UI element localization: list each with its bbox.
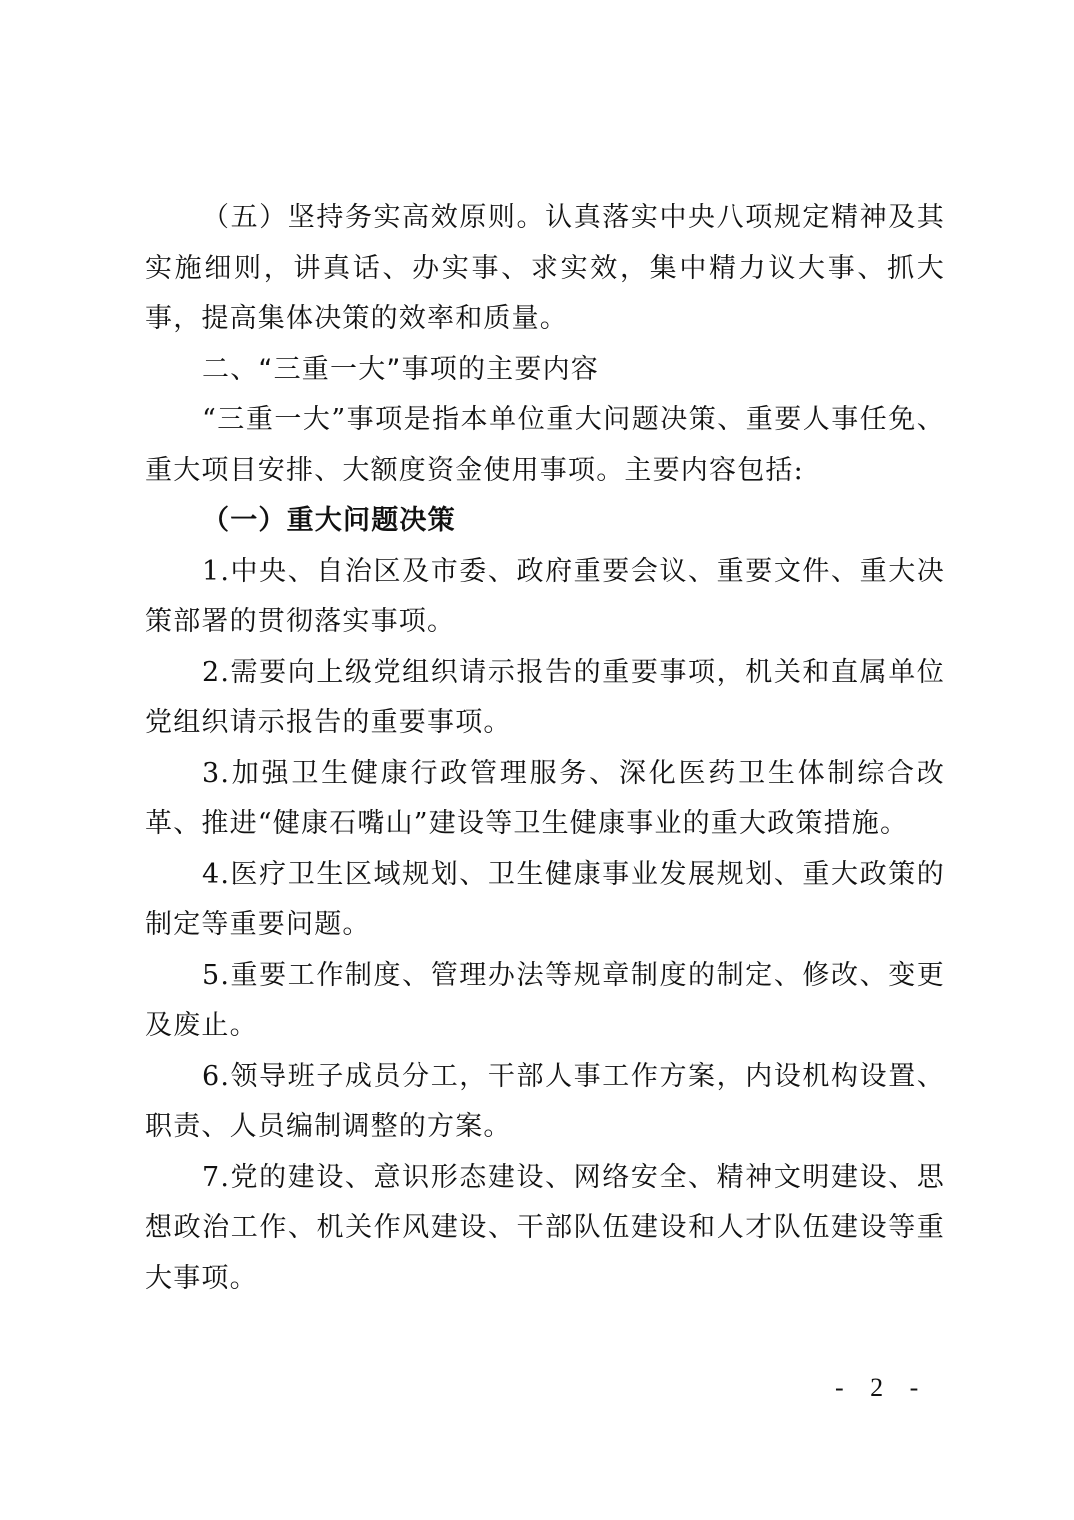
list-item-4: 4.医疗卫生区域规划、卫生健康事业发展规划、重大政策的制定等重要问题。	[145, 850, 945, 951]
paragraph-definition: “三重一大”事项是指本单位重大问题决策、重要人事任免、重大项目安排、大额度资金使…	[145, 395, 945, 496]
document-page: （五）坚持务实高效原则。认真落实中央八项规定精神及其实施细则，讲真话、办实事、求…	[0, 0, 1074, 1520]
paragraph-principle-5: （五）坚持务实高效原则。认真落实中央八项规定精神及其实施细则，讲真话、办实事、求…	[145, 193, 945, 345]
section-heading-2: 二、“三重一大”事项的主要内容	[145, 345, 945, 396]
page-number: - 2 -	[835, 1373, 928, 1403]
subsection-heading-1: （一）重大问题决策	[145, 496, 945, 547]
document-body: （五）坚持务实高效原则。认真落实中央八项规定精神及其实施细则，讲真话、办实事、求…	[145, 193, 945, 1304]
list-item-3: 3.加强卫生健康行政管理服务、深化医药卫生体制综合改革、推进“健康石嘴山”建设等…	[145, 749, 945, 850]
list-item-6: 6.领导班子成员分工，干部人事工作方案，内设机构设置、职责、人员编制调整的方案。	[145, 1052, 945, 1153]
list-item-7: 7.党的建设、意识形态建设、网络安全、精神文明建设、思想政治工作、机关作风建设、…	[145, 1153, 945, 1305]
list-item-5: 5.重要工作制度、管理办法等规章制度的制定、修改、变更及废止。	[145, 951, 945, 1052]
list-item-1: 1.中央、自治区及市委、政府重要会议、重要文件、重大决策部署的贯彻落实事项。	[145, 547, 945, 648]
list-item-2: 2.需要向上级党组织请示报告的重要事项，机关和直属单位党组织请示报告的重要事项。	[145, 648, 945, 749]
